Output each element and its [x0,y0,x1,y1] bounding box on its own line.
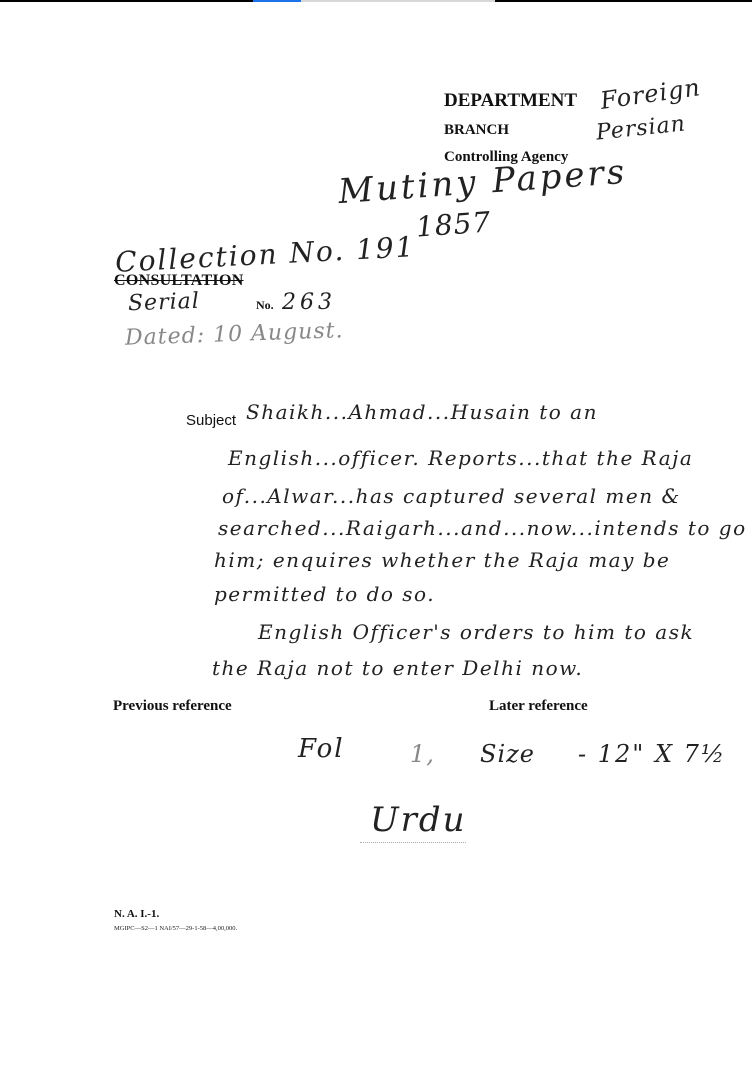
subject-label: Subject [186,412,236,429]
subject-line: permitted to do so. [214,582,435,606]
serial-value: 263 [282,290,336,315]
loading-progress-fill [253,0,301,2]
subject-line: Shaikh...Ahmad...Husain to an [246,400,598,424]
folio-label: Fol [298,734,345,764]
subject-line: of...Alwar...has captured several men & [222,484,681,508]
subject-line: him; enquires whether the Raja may be [214,548,670,572]
department-value: Foreign [599,73,703,115]
serial-handwritten: Serial [128,289,201,316]
size-label: Size [480,740,535,768]
serial-no-label: No. [256,298,274,313]
previous-reference-label: Previous reference [113,698,232,715]
handwritten-year: 1857 [415,205,492,243]
form-code: N. A. I.-1. [114,908,159,920]
branch-value: Persian [595,111,687,145]
department-label: DEPARTMENT [444,90,577,112]
size-value: - 12" X 7½ [578,740,726,768]
handwritten-title: Mutiny Papers [337,152,628,212]
consultation-label: CONSULTATION [114,272,244,290]
subject-line: searched...Raigarh...and...now...intends… [218,516,752,540]
folio-value: 1, [410,740,435,768]
subject-line: English...officer. Reports...that the Ra… [228,446,693,470]
language-underline [360,842,466,844]
language-value: Urdu [370,800,467,840]
later-reference-label: Later reference [489,698,588,715]
subject-line: the Raja not to enter Delhi now. [212,656,583,680]
subject-line: English Officer's orders to him to ask [258,620,694,644]
dated-value: Dated: 10 August. [125,318,344,351]
branch-label: BRANCH [444,122,509,139]
loading-progress-bar [253,0,495,2]
printer-line: MGIPC—S2—1 NAI/57—29-1-58—4,00,000. [114,925,237,932]
